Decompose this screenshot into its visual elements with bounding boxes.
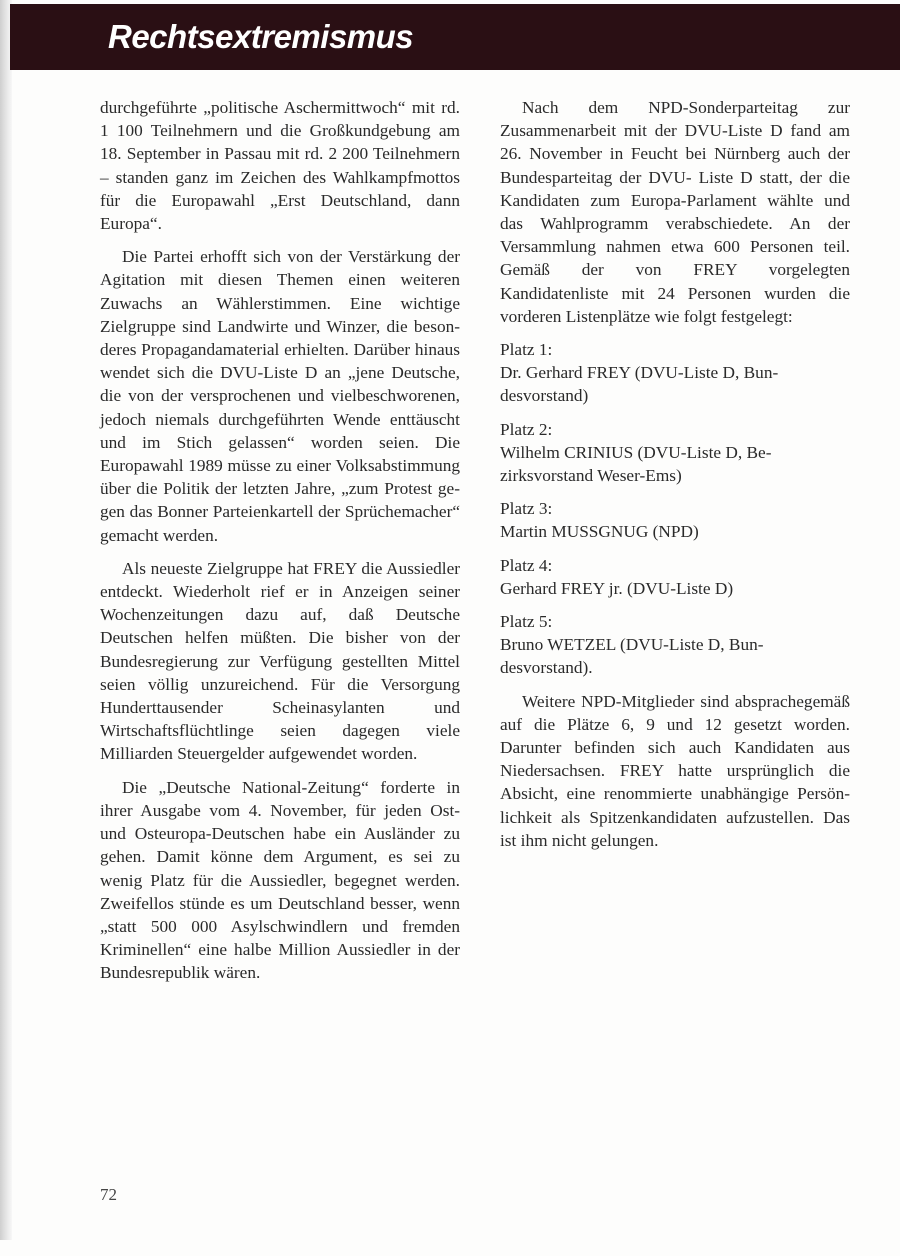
paragraph-aussiedler: Als neueste Zielgruppe hat FREY die Auss… xyxy=(100,557,460,766)
page-edge-shadow xyxy=(0,0,12,1240)
candidate-entry-5: Platz 5: Bruno WETZEL (DVU-Liste D, Bun­… xyxy=(500,610,850,680)
candidate-entry-2: Platz 2: Wilhelm CRINIUS (DVU-Liste D, B… xyxy=(500,418,850,488)
paragraph-agitation: Die Partei erhofft sich von der Ver­stär… xyxy=(100,245,460,547)
paragraph-npd-members: Weitere NPD-Mitglieder sind abspra­chege… xyxy=(500,690,850,852)
candidate-place: Platz 2: xyxy=(500,418,850,441)
candidate-entry-4: Platz 4: Gerhard FREY jr. (DVU-Liste D) xyxy=(500,554,850,600)
candidate-name: Martin MUSSGNUG (NPD) xyxy=(500,522,699,541)
left-column: durchgeführte „politische Aschermitt­woc… xyxy=(100,96,460,995)
candidate-name: Wilhelm CRINIUS (DVU-Liste D, Be­zirksvo… xyxy=(500,443,771,485)
chapter-title: Rechtsextremismus xyxy=(108,18,413,56)
paragraph-bundesparteitag: Nach dem NPD-Sonderparteitag zur Zusamme… xyxy=(500,96,850,328)
candidate-place: Platz 4: xyxy=(500,554,850,577)
paragraph-continuation: durchgeführte „politische Aschermitt­woc… xyxy=(100,96,460,235)
candidate-name: Dr. Gerhard FREY (DVU-Liste D, Bun­desvo… xyxy=(500,363,778,405)
candidate-name: Gerhard FREY jr. (DVU-Liste D) xyxy=(500,579,733,598)
candidate-place: Platz 1: xyxy=(500,338,850,361)
candidate-entry-3: Platz 3: Martin MUSSGNUG (NPD) xyxy=(500,497,850,543)
candidate-place: Platz 5: xyxy=(500,610,850,633)
page-number: 72 xyxy=(100,1185,117,1205)
right-column: Nach dem NPD-Sonderparteitag zur Zusamme… xyxy=(500,96,850,862)
paragraph-national-zeitung: Die „Deutsche National-Zeitung“ forderte… xyxy=(100,776,460,985)
chapter-banner: Rechtsextremismus xyxy=(10,4,900,70)
candidate-entry-1: Platz 1: Dr. Gerhard FREY (DVU-Liste D, … xyxy=(500,338,850,408)
candidate-place: Platz 3: xyxy=(500,497,850,520)
candidate-name: Bruno WETZEL (DVU-Liste D, Bun­desvorsta… xyxy=(500,635,764,677)
